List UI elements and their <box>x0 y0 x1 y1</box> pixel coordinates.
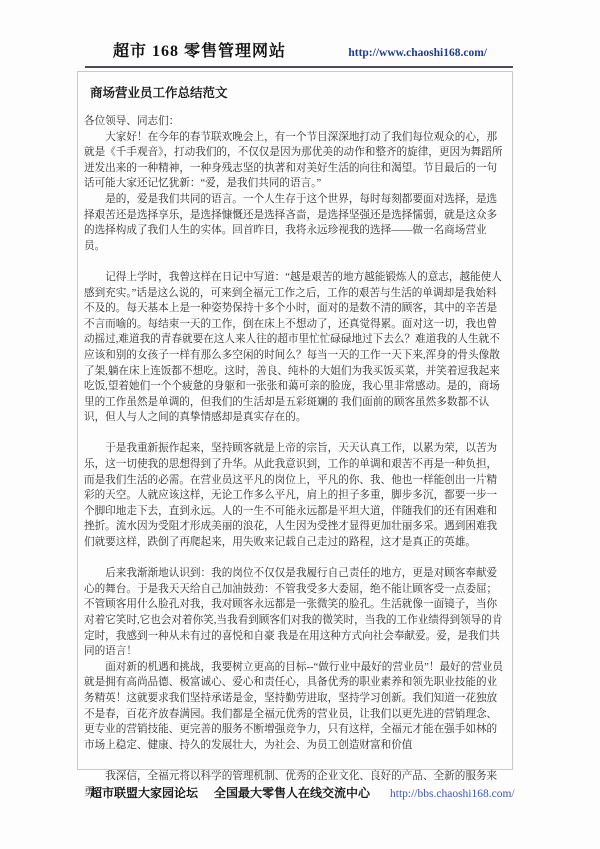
forum-name: 超市联盟大家园论坛 <box>90 786 198 800</box>
paragraph: 于是我重新振作起来，坚持顾客就是上帝的宗旨，天天认真工作，以累为荣，以苦为乐，这… <box>84 441 507 550</box>
site-url-link[interactable]: http://www.chaoshi168.com/ <box>348 47 487 59</box>
paragraph: 是的，爱是我们共同的语言。一个人生存于这个世界，每时每刻都要面对选择，是选择艰苦… <box>84 192 507 254</box>
page: 超市 168 零售管理网站 http://www.chaoshi168.com/… <box>0 0 600 849</box>
paragraph: 记得上学时，我曾这样在日记中写道：“越是艰苦的地方越能锻炼人的意志，越能使人感到… <box>84 270 507 426</box>
document-box: 商场营业员工作总结范文 各位领导、同志们：大家好！在今年的春节联欢晚会上，有一个… <box>77 71 513 770</box>
paragraph: 各位领导、同志们： <box>84 114 507 130</box>
document-title: 商场营业员工作总结范文 <box>90 86 507 101</box>
site-footer: 超市联盟大家园论坛 全国最大零售人在线交流中心 http://bbs.chaos… <box>90 784 515 802</box>
paragraph: 大家好！在今年的春节联欢晚会上，有一个节目深深地打动了我们每位观众的心，那就是《… <box>84 130 507 192</box>
footer-url-link[interactable]: http://bbs.chaoshi168.com/ <box>390 788 515 800</box>
document-body: 各位领导、同志们：大家好！在今年的春节联欢晚会上，有一个节目深深地打动了我们每位… <box>84 114 507 800</box>
forum-tagline: 全国最大零售人在线交流中心 <box>214 786 370 800</box>
site-title: 超市 168 零售管理网站 <box>113 38 286 61</box>
paragraph: 面对新的机遇和挑战，我要树立更高的目标--“做行业中最好的营业员”！最好的营业员… <box>84 660 507 754</box>
site-header: 超市 168 零售管理网站 http://www.chaoshi168.com/ <box>85 38 513 68</box>
paragraph: 后来我渐渐地认识到：我的岗位不仅仅是我履行自己责任的地方，更是对顾客奉献爱心的舞… <box>84 566 507 660</box>
